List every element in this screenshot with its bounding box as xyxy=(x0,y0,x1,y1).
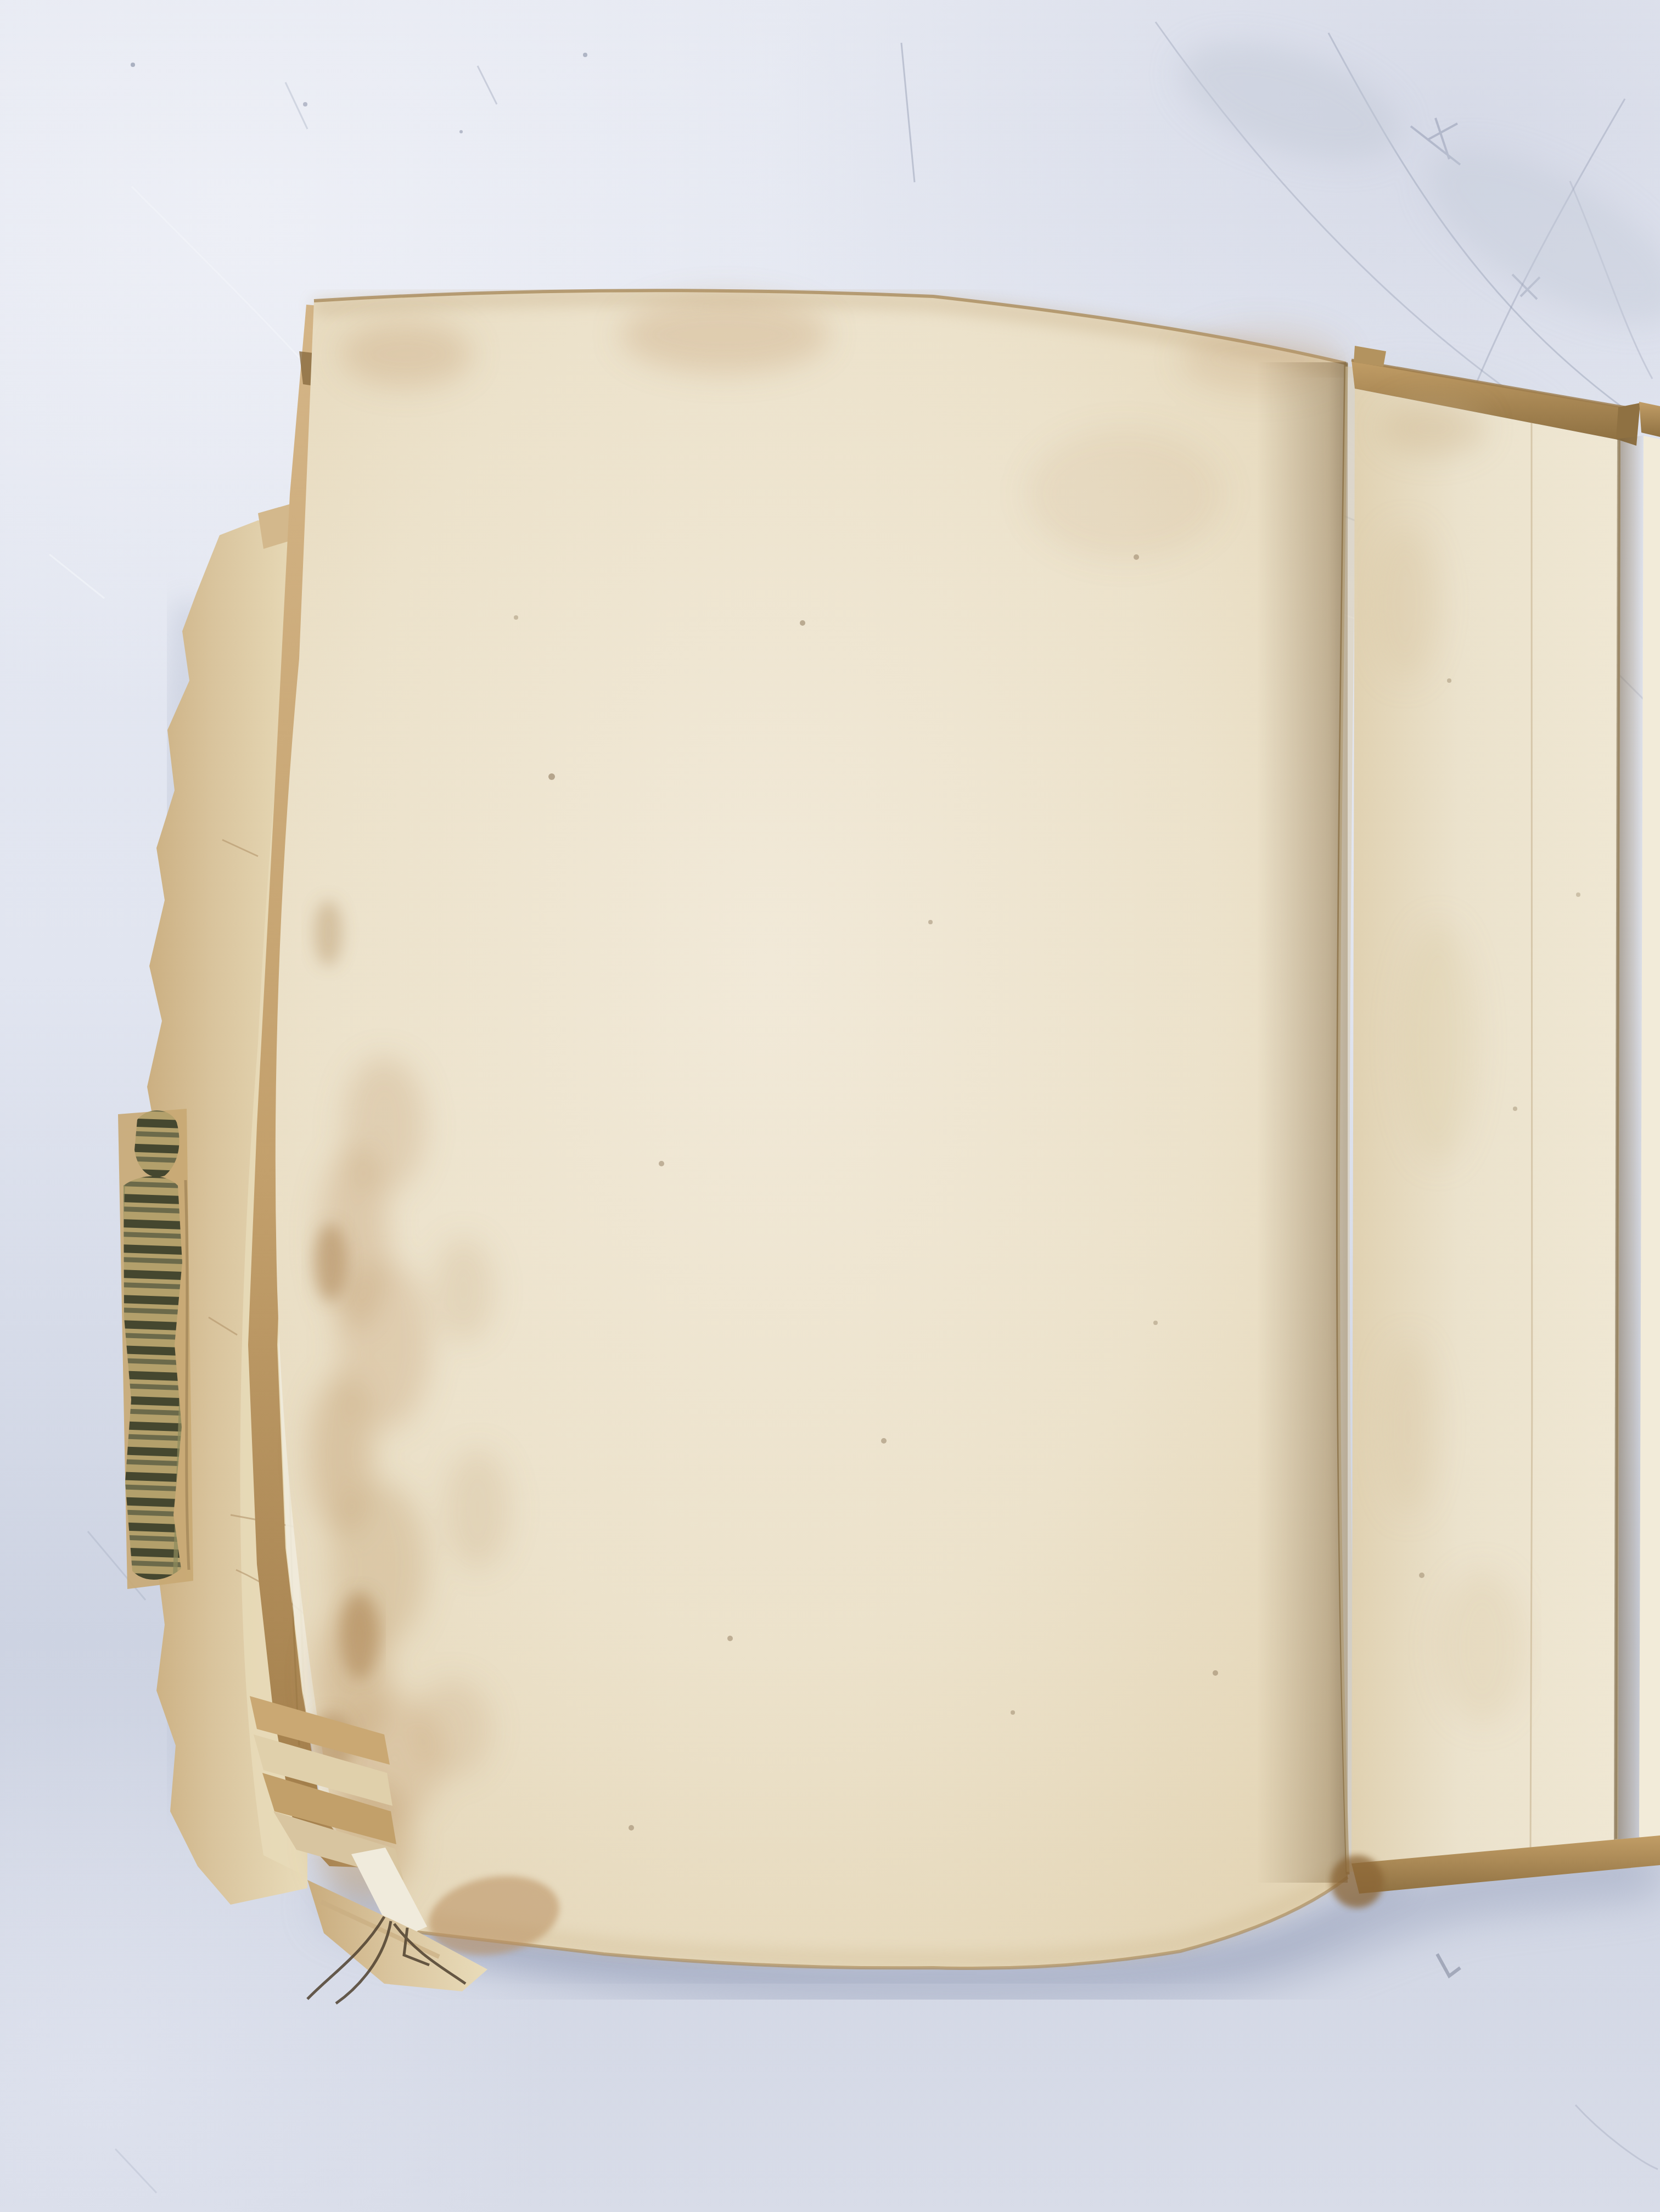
left-page xyxy=(276,290,1348,1968)
photo-antique-book: Photograph of a worn antique book lying … xyxy=(0,0,1660,2212)
book xyxy=(118,290,1660,2003)
right-page-block xyxy=(1331,346,1660,1908)
gutter-bottom-smudge xyxy=(1331,1855,1383,1908)
cloth-spine-fragment xyxy=(118,1109,193,1589)
book-illustration: Photograph of a worn antique book lying … xyxy=(0,0,1660,2212)
